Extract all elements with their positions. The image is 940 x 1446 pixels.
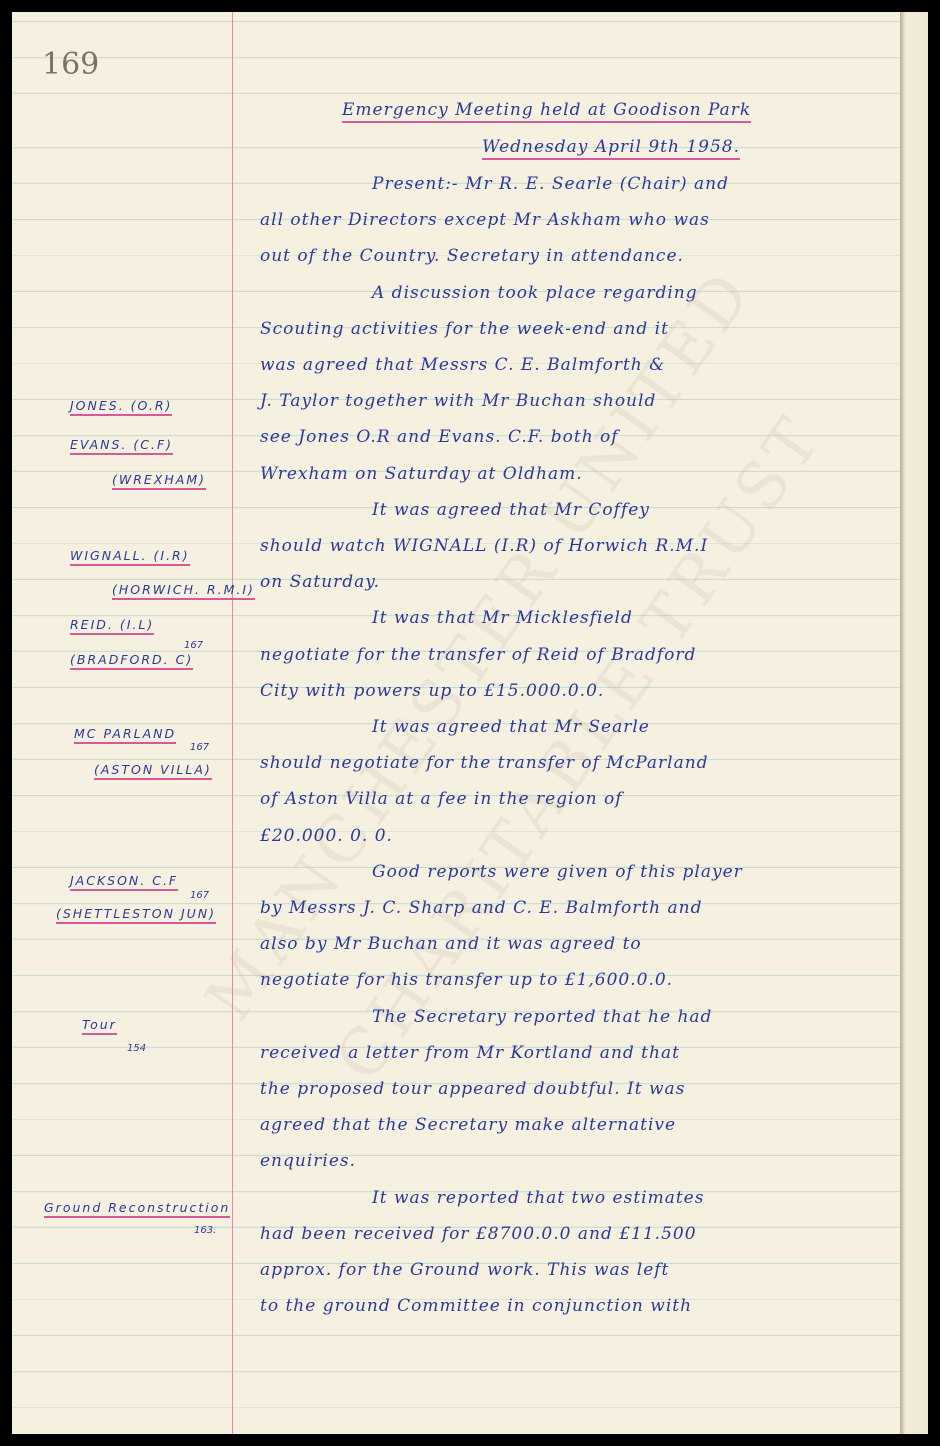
margin-note: (ASTON VILLA) <box>94 762 212 777</box>
ledger-page: 169 MANCHESTER UNITED CHARITABLE TRUST E… <box>12 12 900 1434</box>
minutes-line: was agreed that Messrs C. E. Balmforth & <box>260 355 665 375</box>
margin-page-ref: 167 <box>184 640 203 651</box>
minutes-line: It was reported that two estimates <box>372 1188 704 1208</box>
minutes-line: £20.000. 0. 0. <box>260 826 393 846</box>
margin-note: Ground Reconstruction <box>44 1200 230 1215</box>
margin-note: JONES. (O.R) <box>70 398 172 413</box>
margin-note: (HORWICH. R.M.I) <box>112 582 255 597</box>
minutes-line: It was agreed that Mr Coffey <box>372 500 650 520</box>
meeting-date: Wednesday April 9th 1958. <box>482 137 740 157</box>
book-binding <box>900 12 928 1434</box>
minutes-line: all other Directors except Mr Askham who… <box>260 210 710 230</box>
margin-note: (BRADFORD. C) <box>70 652 193 667</box>
margin-page-ref: 167 <box>190 742 209 753</box>
minutes-line: the proposed tour appeared doubtful. It … <box>260 1079 685 1099</box>
minutes-line: City with powers up to £15.000.0.0. <box>260 681 604 701</box>
minutes-line: see Jones O.R and Evans. C.F. both of <box>260 427 619 447</box>
minutes-line: should watch WIGNALL (I.R) of Horwich R.… <box>260 536 708 556</box>
margin-page-ref: 154 <box>127 1043 146 1054</box>
margin-note: Tour <box>82 1017 117 1032</box>
minutes-line: negotiate for his transfer up to £1,600.… <box>260 970 673 990</box>
minutes-line: also by Mr Buchan and it was agreed to <box>260 934 642 954</box>
page-number: 169 <box>42 47 99 82</box>
minutes-line: agreed that the Secretary make alternati… <box>260 1115 676 1135</box>
minutes-line: It was that Mr Micklesfield <box>372 608 633 628</box>
margin-page-ref: 167 <box>190 890 209 901</box>
minutes-line: on Saturday. <box>260 572 380 592</box>
minutes-line: Present:- Mr R. E. Searle (Chair) and <box>372 174 729 194</box>
margin-note: (WREXHAM) <box>112 472 206 487</box>
minutes-line: approx. for the Ground work. This was le… <box>260 1260 669 1280</box>
minutes-line: A discussion took place regarding <box>372 283 698 303</box>
minutes-line: enquiries. <box>260 1151 356 1171</box>
minutes-line: The Secretary reported that he had <box>372 1007 712 1027</box>
meeting-title: Emergency Meeting held at Goodison Park <box>342 100 751 120</box>
minutes-line: to the ground Committee in conjunction w… <box>260 1296 692 1316</box>
margin-note: MC PARLAND <box>74 726 176 741</box>
margin-note: JACKSON. C.F <box>70 873 178 888</box>
minutes-line: Wrexham on Saturday at Oldham. <box>260 464 583 484</box>
minutes-line: negotiate for the transfer of Reid of Br… <box>260 645 696 665</box>
minutes-line: by Messrs J. C. Sharp and C. E. Balmfort… <box>260 898 703 918</box>
minutes-line: Good reports were given of this player <box>372 862 743 882</box>
margin-note: (SHETTLESTON JUN) <box>56 906 216 921</box>
minutes-line: should negotiate for the transfer of McP… <box>260 753 709 773</box>
minutes-line: J. Taylor together with Mr Buchan should <box>260 391 656 411</box>
margin-note: EVANS. (C.F) <box>70 437 173 452</box>
margin-note: WIGNALL. (I.R) <box>70 548 190 563</box>
margin-page-ref: 163. <box>194 1225 216 1236</box>
margin-rule <box>232 12 233 1434</box>
minutes-line: had been received for £8700.0.0 and £11.… <box>260 1224 697 1244</box>
minutes-line: It was agreed that Mr Searle <box>372 717 650 737</box>
margin-note: REID. (I.L) <box>70 617 154 632</box>
minutes-line: Scouting activities for the week-end and… <box>260 319 669 339</box>
minutes-line: received a letter from Mr Kortland and t… <box>260 1043 680 1063</box>
minutes-line: out of the Country. Secretary in attenda… <box>260 246 684 266</box>
minutes-line: of Aston Villa at a fee in the region of <box>260 789 623 809</box>
